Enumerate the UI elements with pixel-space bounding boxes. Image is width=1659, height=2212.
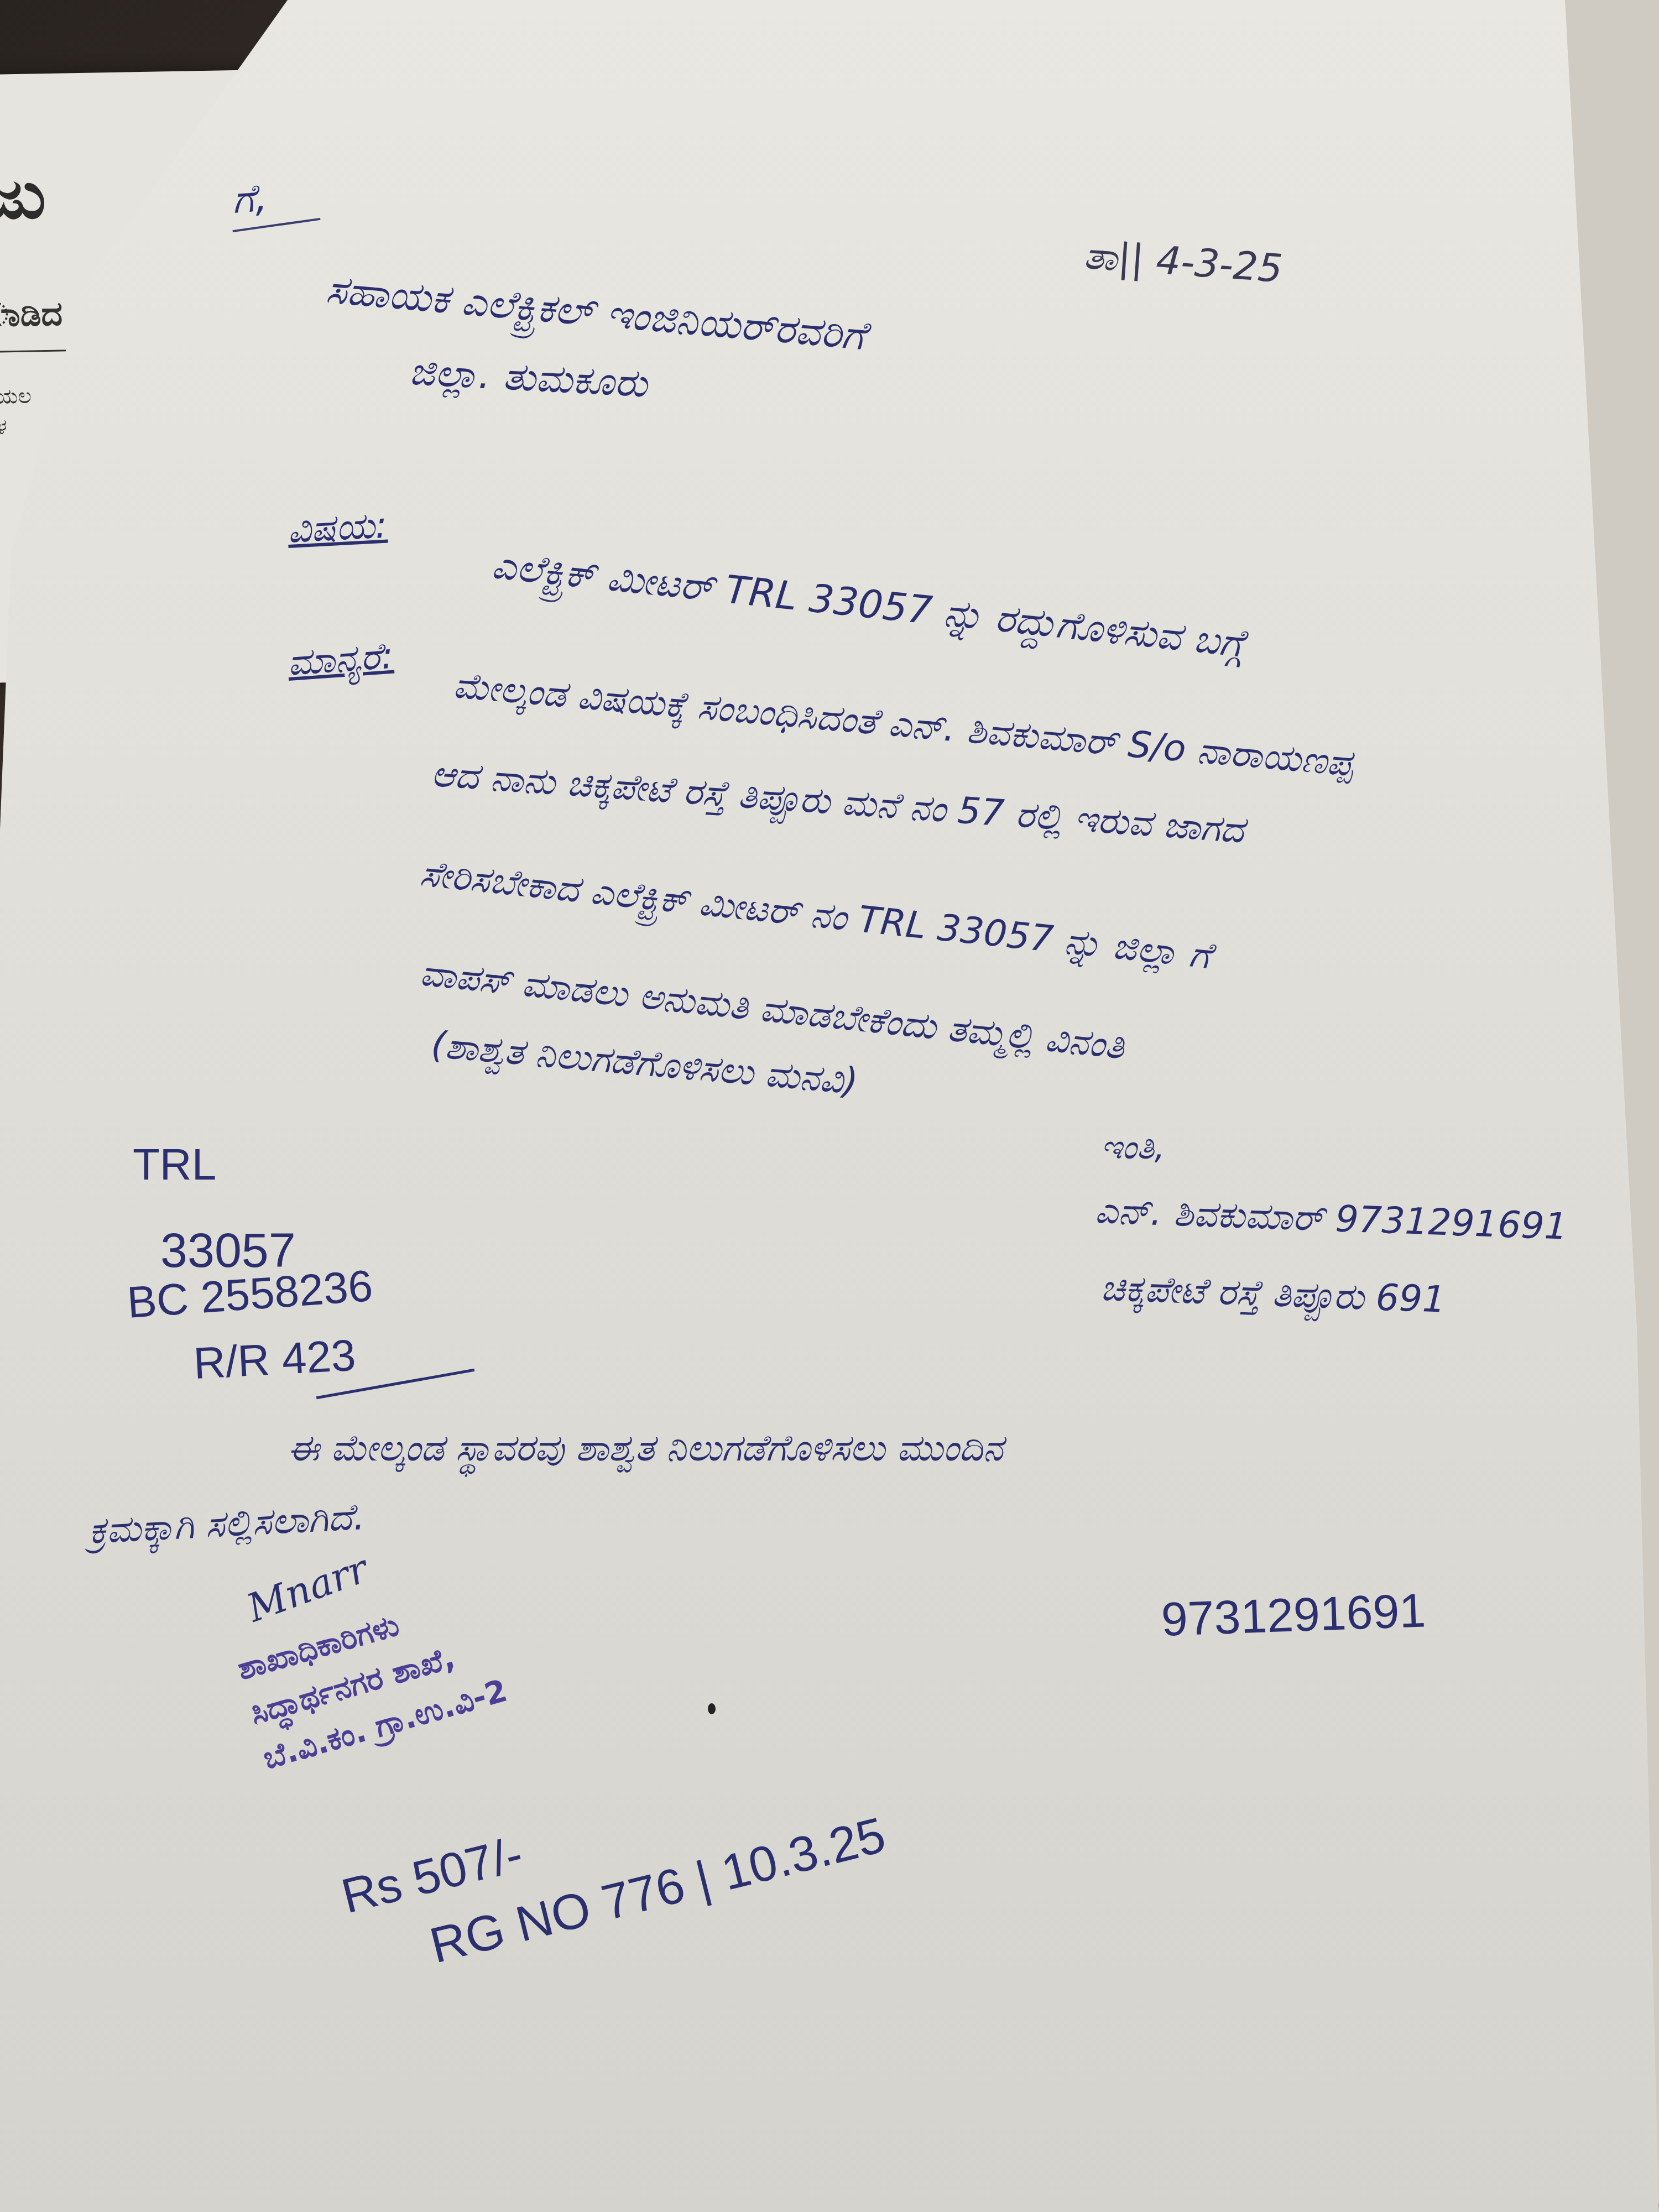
trl-label: TRL — [133, 1139, 216, 1190]
background-line-fragment: ಗಳ — [0, 414, 7, 440]
endorsement-line2: ಕ್ರಮಕ್ಕಾಗಿ ಸಲ್ಲಿಸಲಾಗಿದೆ. — [87, 1495, 366, 1553]
signer-name-phone: ಎನ್. ಶಿವಕುಮಾರ್ 9731291691 — [1094, 1189, 1568, 1249]
ink-dot — [708, 1703, 716, 1714]
subject-label: ವಿಷಯ: — [286, 504, 388, 552]
closing-label: ಇಂತಿ, — [1100, 1128, 1165, 1167]
subject-text: ಎಲೆಕ್ಟ್ರಿಕ್ ಮೀಟರ್ TRL 33057 ನ್ನು ರದ್ದುಗೊ… — [490, 542, 1247, 667]
phone-number: 9731291691 — [1160, 1583, 1426, 1647]
signer-address: ಚಿಕ್ಕಪೇಟೆ ರಸ್ತೆ ತಿಪ್ಪೂರು 691 — [1100, 1266, 1447, 1322]
salutation-label: ಮಾನ್ಯರೆ: — [286, 634, 395, 685]
recipient-line2: ಜಿಲ್ಲಾ. ತುಮಕೂರು — [408, 348, 649, 406]
background-line-fragment: ಗೆಯಲ — [0, 384, 32, 409]
letter-date: ತಾ|| 4-3-25 — [1082, 232, 1284, 292]
body-line: ಸೇರಿಸಬೇಕಾದ ಎಲೆಕ್ಟ್ರಿಕ್ ಮೀಟರ್ ನಂ TRL 3305… — [418, 852, 1213, 978]
background-heading-fragment: ಜು — [0, 156, 46, 235]
recipient-line1: ಸಹಾಯಕ ಎಲೆಕ್ಟ್ರಿಕಲ್ ಇಂಜಿನಿಯರ್‌ರವರಿಗೆ — [324, 265, 867, 360]
endorsement-line1: ಈ ಮೇಲ್ಕಂಡ ಸ್ಥಾವರವು ಶಾಶ್ವತ ನಿಲುಗಡೆಗೊಳಿಸಲು… — [288, 1427, 1003, 1470]
background-subheading-fragment: ಾಡಿದ — [0, 295, 63, 335]
body-line: ಆದ ನಾನು ಚಿಕ್ಕಪೇಟೆ ರಸ್ತೆ ತಿಪ್ಪೂರು ಮನೆ ನಂ … — [430, 752, 1245, 853]
body-line: (ಶಾಶ್ವತ ನಿಲುಗಡೆಗೊಳಿಸಲು ಮನವಿ) — [430, 1023, 860, 1104]
to-label: ಗೆ, — [231, 175, 269, 223]
handwritten-letter: ಗೆ, ತಾ|| 4-3-25 ಸಹಾಯಕ ಎಲೆಕ್ಟ್ರಿಕಲ್ ಇಂಜಿನ… — [0, 0, 1659, 2212]
rr-number: R/R 423 — [192, 1330, 357, 1389]
